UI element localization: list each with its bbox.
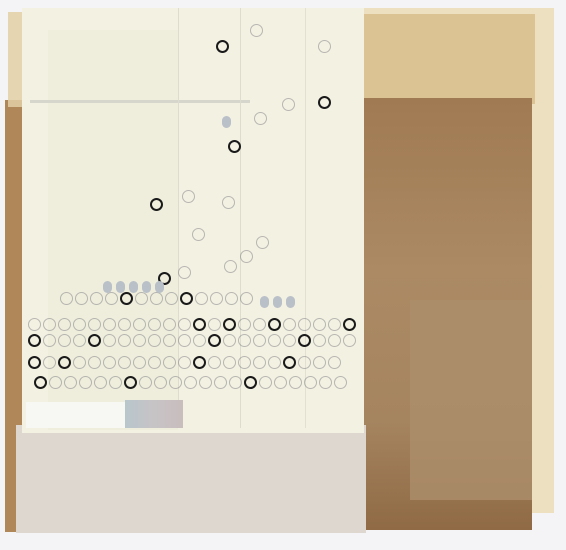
stamped-circle	[60, 292, 73, 305]
stamped-circle	[282, 98, 295, 111]
stamped-circle	[139, 376, 152, 389]
gray-tissue-paper	[16, 425, 366, 533]
stamped-circle	[253, 318, 266, 331]
stamped-circle	[253, 334, 266, 347]
stamped-circle	[199, 376, 212, 389]
stamped-circle	[34, 376, 47, 389]
stamped-circle	[208, 334, 221, 347]
stamped-circle	[298, 334, 311, 347]
stamp-pill	[273, 296, 282, 308]
stamped-circle	[250, 24, 263, 37]
stamped-circle	[229, 376, 242, 389]
stamped-circle	[289, 376, 302, 389]
stamped-circle	[135, 292, 148, 305]
stamped-circle	[148, 356, 161, 369]
stamped-circle	[28, 356, 41, 369]
stamped-circle	[298, 356, 311, 369]
stamped-circle	[195, 292, 208, 305]
stamped-circle	[256, 236, 269, 249]
caption-image	[125, 400, 183, 428]
stamped-circle	[105, 292, 118, 305]
stamp-pill	[142, 281, 151, 293]
stamped-circle	[318, 40, 331, 53]
stamped-circle	[268, 334, 281, 347]
stamped-circle	[328, 356, 341, 369]
stamped-circle	[118, 356, 131, 369]
stamped-circle	[43, 356, 56, 369]
stamped-circle	[259, 376, 272, 389]
tan-paper	[362, 14, 535, 104]
stamped-circle	[313, 318, 326, 331]
stamped-circle	[268, 356, 281, 369]
stamped-circle	[304, 376, 317, 389]
stamped-circle	[133, 356, 146, 369]
stamped-circle	[240, 250, 253, 263]
stamped-circle	[283, 334, 296, 347]
stamped-circle	[73, 334, 86, 347]
stamped-circle	[192, 228, 205, 241]
stamped-circle	[193, 356, 206, 369]
stamped-circle	[193, 318, 206, 331]
stamped-circle	[120, 292, 133, 305]
stamped-circle	[154, 376, 167, 389]
stamped-circle	[238, 318, 251, 331]
stamped-circle	[118, 318, 131, 331]
stamped-circle	[28, 334, 41, 347]
stamped-circle	[88, 356, 101, 369]
stamped-circle	[228, 140, 241, 153]
stamped-circle	[319, 376, 332, 389]
stamp-pill	[103, 281, 112, 293]
stamped-circle	[328, 318, 341, 331]
stamped-circle	[94, 376, 107, 389]
stamped-circle	[169, 376, 182, 389]
stamped-circle	[75, 292, 88, 305]
cream-paper-overlay	[48, 30, 178, 430]
stamped-circle	[58, 356, 71, 369]
stamped-circle	[163, 318, 176, 331]
stamped-circle	[208, 318, 221, 331]
stamped-circle	[163, 334, 176, 347]
stamped-circle	[222, 196, 235, 209]
stamped-circle	[180, 292, 193, 305]
fold-line	[30, 100, 250, 103]
stamped-circle	[223, 356, 236, 369]
stamped-circle	[109, 376, 122, 389]
stamped-circle	[253, 356, 266, 369]
stamped-circle	[268, 318, 281, 331]
stamped-circle	[49, 376, 62, 389]
stamped-circle	[328, 334, 341, 347]
stamped-circle	[43, 318, 56, 331]
stamped-circle	[225, 292, 238, 305]
stamped-circle	[43, 334, 56, 347]
stamped-circle	[58, 318, 71, 331]
stamped-circle	[238, 334, 251, 347]
stamped-circle	[58, 334, 71, 347]
stamped-circle	[223, 334, 236, 347]
stamp-pill	[286, 296, 295, 308]
stamped-circle	[103, 318, 116, 331]
stamp-pill	[260, 296, 269, 308]
stamped-circle	[178, 334, 191, 347]
stamped-circle	[240, 292, 253, 305]
stamped-circle	[254, 112, 267, 125]
stamped-circle	[88, 318, 101, 331]
stamped-circle	[178, 356, 191, 369]
stamped-circle	[103, 334, 116, 347]
stamped-circle	[238, 356, 251, 369]
stamped-circle	[163, 356, 176, 369]
stamped-circle	[214, 376, 227, 389]
stamped-circle	[184, 376, 197, 389]
stamped-circle	[343, 318, 356, 331]
stamped-circle	[334, 376, 347, 389]
stamped-circle	[182, 190, 195, 203]
brown-paper-lighter-panel	[410, 300, 532, 500]
stamp-pill	[155, 281, 164, 293]
stamped-circle	[208, 356, 221, 369]
stamped-circle	[283, 356, 296, 369]
stamped-circle	[28, 318, 41, 331]
stamped-circle	[210, 292, 223, 305]
printed-caption	[26, 402, 126, 428]
stamp-pill	[129, 281, 138, 293]
stamped-circle	[178, 318, 191, 331]
stamped-circle	[216, 40, 229, 53]
stamped-circle	[343, 334, 356, 347]
stamped-circle	[90, 292, 103, 305]
stamped-circle	[244, 376, 257, 389]
stamped-circle	[178, 266, 191, 279]
stamped-circle	[73, 356, 86, 369]
stamp-pill	[116, 281, 125, 293]
stamped-circle	[79, 376, 92, 389]
stamped-circle	[148, 334, 161, 347]
stamped-circle	[165, 292, 178, 305]
stamp-pill	[222, 116, 231, 128]
stamped-circle	[88, 334, 101, 347]
stamped-circle	[313, 356, 326, 369]
stamped-circle	[148, 318, 161, 331]
stamped-circle	[283, 318, 296, 331]
stamped-circle	[193, 334, 206, 347]
stamped-circle	[150, 198, 163, 211]
stamped-circle	[318, 96, 331, 109]
stamped-circle	[313, 334, 326, 347]
stamped-circle	[133, 334, 146, 347]
stamped-circle	[73, 318, 86, 331]
stamped-circle	[298, 318, 311, 331]
stamped-circle	[64, 376, 77, 389]
stamped-circle	[223, 318, 236, 331]
stamped-circle	[133, 318, 146, 331]
stamped-circle	[224, 260, 237, 273]
stamped-circle	[150, 292, 163, 305]
stamped-circle	[118, 334, 131, 347]
stamped-circle	[274, 376, 287, 389]
stamped-circle	[103, 356, 116, 369]
stamped-circle	[124, 376, 137, 389]
